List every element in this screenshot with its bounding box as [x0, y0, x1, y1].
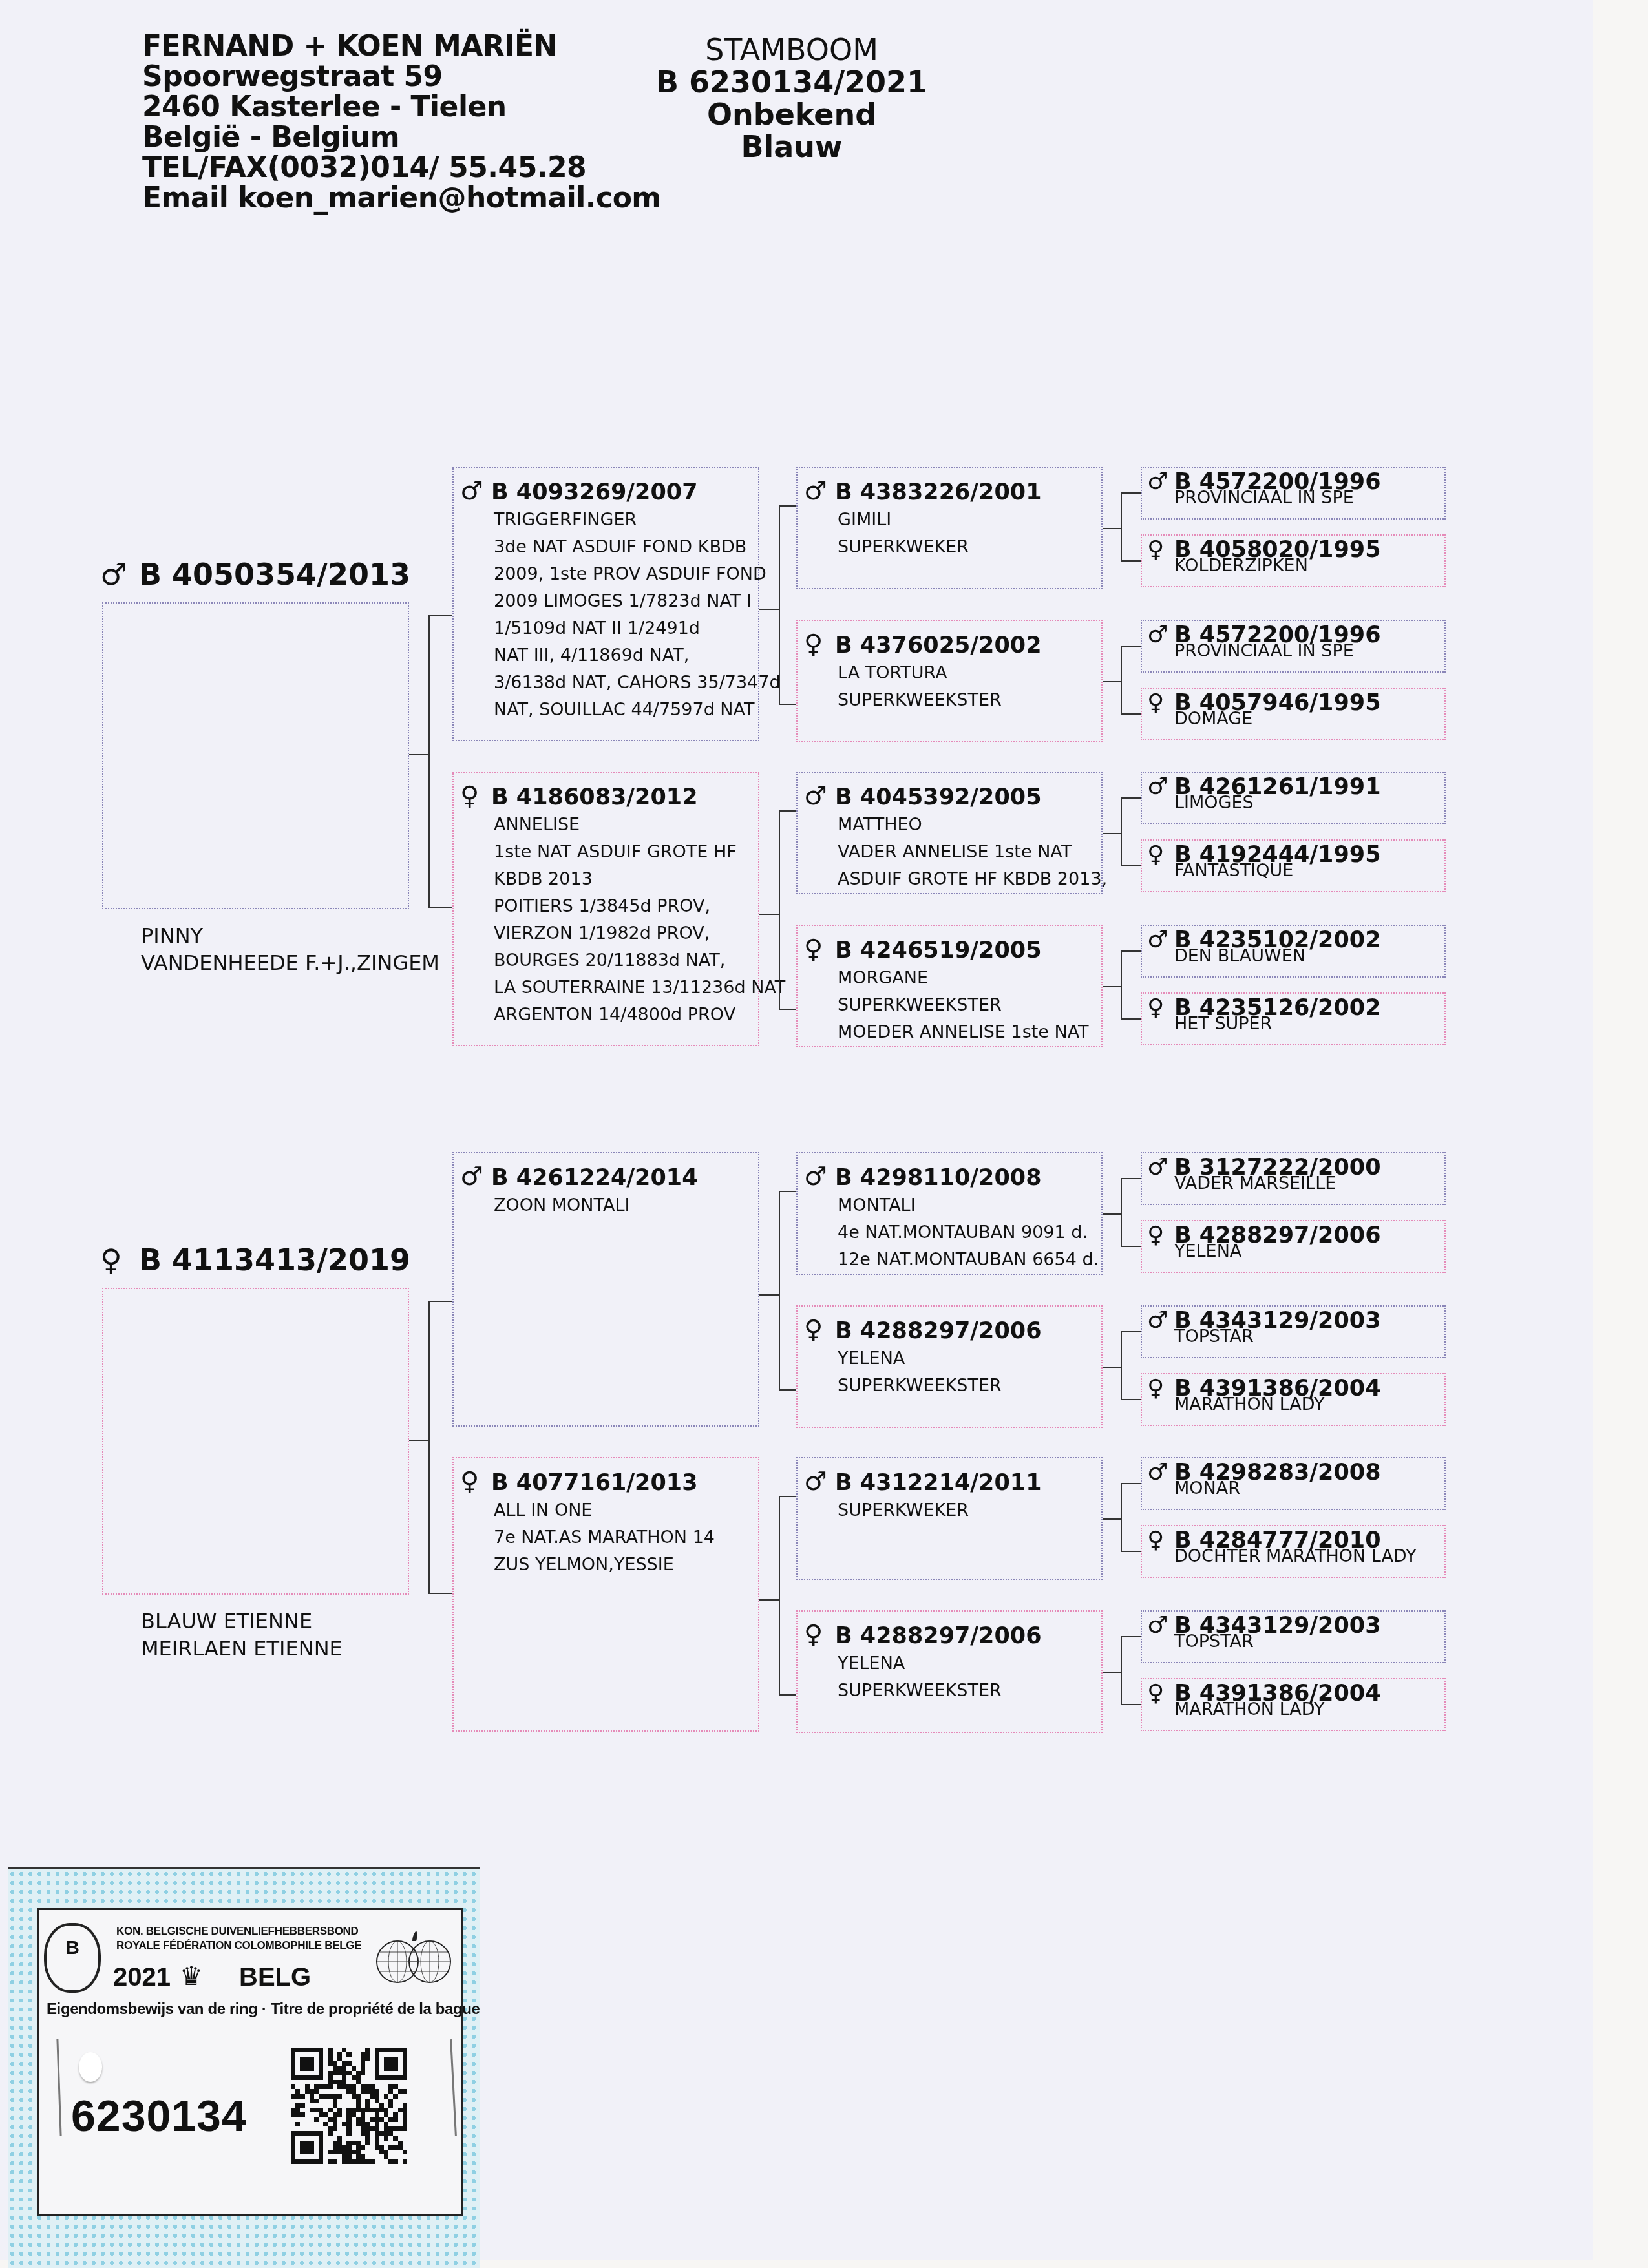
- connector-line: [1121, 1246, 1141, 1247]
- connector-line: [759, 609, 779, 610]
- connector-line: [779, 1191, 780, 1389]
- female-symbol-icon: ♀: [804, 630, 835, 658]
- connector-line: [1121, 646, 1141, 647]
- breeder-note-line: MEIRLAEN ETIENNE: [141, 1635, 343, 1662]
- pigeon-info-line: MORGANE: [804, 965, 1101, 992]
- pedigree-title-block: STAMBOOM B 6230134/2021 Onbekend Blauw: [646, 34, 937, 163]
- ring-text: B 4077161/2013: [491, 1470, 698, 1496]
- pigeon-info-line: DEN BLAUWEN: [1147, 948, 1444, 965]
- federation-name-nl: KON. BELGISCHE DUIVENLIEFHEBBERSBOND: [116, 1924, 361, 1938]
- pigeon-info-line: POITIERS 1/3845d PROV,: [460, 893, 758, 920]
- breeder-notes: PINNYVANDENHEEDE F.+J.,ZINGEM: [141, 922, 439, 976]
- pigeon-card[interactable]: ♀B 4058020/1995KOLDERZIPKEN: [1141, 534, 1446, 587]
- ring-card-panel: B KON. BELGISCHE DUIVENLIEFHEBBERSBOND R…: [37, 1908, 463, 2216]
- female-symbol-icon: ♀: [1147, 537, 1174, 563]
- owner-phone: TEL/FAX(0032)014/ 55.45.28: [142, 152, 661, 183]
- connector-line: [1103, 986, 1121, 987]
- pigeon-info-line: ZUS YELMON,YESSIE: [460, 1551, 758, 1579]
- female-symbol-icon: ♀: [804, 1316, 835, 1344]
- male-symbol-icon: ♂: [1147, 469, 1174, 495]
- connector-line: [1103, 1213, 1121, 1215]
- connector-line: [779, 1191, 796, 1192]
- connector-line: [1103, 681, 1121, 682]
- pigeon-card[interactable]: ♂B 4045392/2005MATTHEOVADER ANNELISE 1st…: [796, 772, 1103, 894]
- ring-number: ♂B 4093269/2007: [460, 477, 758, 507]
- pigeon-info-line: LA TORTURA: [804, 660, 1101, 687]
- pigeon-card[interactable]: ♀B 4391386/2004MARATHON LADY: [1141, 1373, 1446, 1426]
- staple-right: [450, 2039, 457, 2136]
- connector-line: [779, 810, 796, 812]
- ring-text: B 4186083/2012: [491, 784, 698, 810]
- ring-number: ♀B 4186083/2012: [460, 782, 758, 812]
- ring-number: ♀B 4288297/2006: [804, 1621, 1101, 1650]
- pigeon-card[interactable]: ♀B 4288297/2006YELENASUPERKWEEKSTER: [796, 1610, 1103, 1733]
- connector-line: [1121, 797, 1122, 865]
- connector-line: [428, 1301, 452, 1302]
- connector-line: [1103, 1672, 1121, 1673]
- owner-city: 2460 Kasterlee - Tielen: [142, 92, 661, 122]
- connector-line: [1121, 1399, 1141, 1400]
- pigeon-info-line: YELENA: [804, 1650, 1101, 1677]
- connector-line: [759, 914, 779, 915]
- pigeon-photo-placeholder: [102, 602, 409, 909]
- connector-line: [779, 1496, 796, 1497]
- connector-line: [428, 615, 452, 616]
- pigeon-card[interactable]: ♂B 4235102/2002DEN BLAUWEN: [1141, 925, 1446, 978]
- ring-number: ♂B 4383226/2001: [804, 477, 1101, 507]
- connector-line: [1121, 713, 1141, 715]
- connector-line: [409, 754, 428, 755]
- male-symbol-icon: ♂: [1147, 1460, 1174, 1486]
- pigeon-info-line: MARATHON LADY: [1147, 1701, 1444, 1718]
- male-symbol-icon: ♂: [804, 782, 835, 810]
- connector-line: [1121, 1018, 1141, 1020]
- connector-line: [1121, 1636, 1122, 1704]
- ring-text: B 4113413/2019: [139, 1243, 410, 1277]
- pigeon-info-line: 12e NAT.MONTAUBAN 6654 d.: [804, 1246, 1101, 1274]
- pigeon-info-line: ARGENTON 14/4800d PROV: [460, 1002, 758, 1029]
- pigeon-info-line: BOURGES 20/11883d NAT,: [460, 947, 758, 974]
- pigeon-info-line: ASDUIF GROTE HF KBDB 2013,: [804, 866, 1101, 893]
- breeder-note-line: PINNY: [141, 922, 439, 949]
- ring-text: B 4298110/2008: [835, 1165, 1042, 1191]
- ring-text: B 4093269/2007: [491, 479, 698, 505]
- pigeon-info-line: YELENA: [804, 1345, 1101, 1372]
- female-symbol-icon: ♀: [1147, 690, 1174, 716]
- owner-address-block: FERNAND + KOEN MARIËN Spoorwegstraat 59 …: [142, 31, 661, 213]
- pigeon-card[interactable]: ♀B 4057946/1995DOMAGE: [1141, 688, 1446, 740]
- connector-line: [1121, 492, 1122, 560]
- male-symbol-icon: ♂: [1147, 1308, 1174, 1334]
- male-symbol-icon: ♂: [1147, 1613, 1174, 1639]
- pigeon-card[interactable]: ♂B 4261261/1991LIMOGES: [1141, 772, 1446, 824]
- ring-text: B 4045392/2005: [835, 784, 1042, 810]
- pigeon-info-line: SUPERKWEEKSTER: [804, 1372, 1101, 1400]
- pigeon-card[interactable]: ♂B 4343129/2003TOPSTAR: [1141, 1610, 1446, 1663]
- pigeon-info-line: MARATHON LADY: [1147, 1396, 1444, 1413]
- connector-line: [1121, 950, 1122, 1018]
- connector-line: [428, 615, 430, 907]
- parent-ring-number: ♀B 4113413/2019: [100, 1243, 410, 1277]
- qr-code-icon: [291, 2046, 407, 2165]
- connector-line: [779, 1694, 796, 1696]
- subject-color: Blauw: [646, 131, 937, 163]
- ring-number: ♂B 4312214/2011: [804, 1467, 1101, 1497]
- connector-line: [1121, 1704, 1141, 1705]
- connector-line: [428, 907, 452, 908]
- pigeon-card[interactable]: ♀B 4284777/2010DOCHTER MARATHON LADY: [1141, 1525, 1446, 1578]
- owner-country: België - Belgium: [142, 122, 661, 152]
- female-symbol-icon: ♀: [1147, 1223, 1174, 1248]
- ring-text: B 4246519/2005: [835, 938, 1042, 963]
- female-symbol-icon: ♀: [460, 1467, 491, 1496]
- connector-line: [1103, 1518, 1121, 1520]
- connector-line: [779, 1009, 796, 1010]
- female-symbol-icon: ♀: [1147, 1681, 1174, 1706]
- connector-line: [1121, 1331, 1122, 1399]
- connector-line: [1121, 1178, 1141, 1179]
- connector-line: [759, 1294, 779, 1296]
- male-symbol-icon: ♂: [1147, 774, 1174, 800]
- pigeon-card[interactable]: ♂B 4572200/1996PROVINCIAAL IN SPE: [1141, 620, 1446, 673]
- connector-line: [779, 704, 796, 705]
- pigeon-card[interactable]: ♀B 4077161/2013ALL IN ONE7e NAT.AS MARAT…: [452, 1457, 759, 1732]
- connector-line: [1103, 1367, 1121, 1368]
- connector-line: [779, 505, 796, 507]
- connector-line: [1121, 797, 1141, 799]
- pedigree-sheet: FERNAND + KOEN MARIËN Spoorwegstraat 59 …: [0, 0, 1593, 2260]
- breeder-note-line: BLAUW ETIENNE: [141, 1608, 343, 1635]
- breeder-notes: BLAUW ETIENNEMEIRLAEN ETIENNE: [141, 1608, 343, 1662]
- ring-text: B 4050354/2013: [139, 557, 410, 592]
- pigeon-card[interactable]: ♀B 4288297/2006YELENA: [1141, 1220, 1446, 1273]
- male-symbol-icon: ♂: [1147, 1155, 1174, 1181]
- connector-line: [1121, 950, 1141, 952]
- pigeon-card[interactable]: ♂B 4093269/2007TRIGGERFINGER3de NAT ASDU…: [452, 467, 759, 741]
- pigeon-info-line: SUPERKWEEKSTER: [804, 687, 1101, 714]
- connector-line: [1121, 1178, 1122, 1246]
- pigeon-info-line: LA SOUTERRAINE 13/11236d NAT: [460, 974, 758, 1002]
- female-symbol-icon: ♀: [1147, 1528, 1174, 1553]
- pigeon-info-line: DOCHTER MARATHON LADY: [1147, 1548, 1444, 1565]
- connector-line: [1121, 1551, 1141, 1552]
- pigeon-card[interactable]: ♀B 4391386/2004MARATHON LADY: [1141, 1678, 1446, 1731]
- ring-text: B 4312214/2011: [835, 1470, 1042, 1496]
- ring-number: ♂B 4298110/2008: [804, 1162, 1101, 1192]
- federation-name: KON. BELGISCHE DUIVENLIEFHEBBERSBOND ROY…: [116, 1924, 361, 1953]
- connector-line: [1121, 865, 1141, 866]
- pigeon-info-line: SUPERKWEKER: [804, 534, 1101, 561]
- punch-hole: [79, 2052, 102, 2082]
- ownership-caption: Eigendomsbewijs van de ring · Titre de p…: [47, 2000, 480, 2019]
- pigeon-info-line: ANNELISE: [460, 812, 758, 839]
- card-ring-number: 6230134: [71, 2091, 247, 2141]
- pigeon-info-line: NAT, SOUILLAC 44/7597d NAT: [460, 697, 758, 724]
- male-symbol-icon: ♂: [1147, 927, 1174, 953]
- connector-line: [1121, 1483, 1122, 1551]
- ring-text: B 4383226/2001: [835, 479, 1042, 505]
- crown-icon: ♛: [180, 1962, 203, 1991]
- connector-line: [1121, 492, 1141, 494]
- owner-street: Spoorwegstraat 59: [142, 61, 661, 92]
- pigeon-info-line: 4e NAT.MONTAUBAN 9091 d.: [804, 1219, 1101, 1246]
- connector-line: [1121, 1483, 1141, 1484]
- pigeon-card[interactable]: ♂B 4298283/2008MONAR: [1141, 1457, 1446, 1510]
- staple-left: [56, 2039, 61, 2136]
- breeder-note-line: VANDENHEEDE F.+J.,ZINGEM: [141, 949, 439, 976]
- connector-line: [779, 1389, 796, 1391]
- female-symbol-icon: ♀: [100, 1243, 139, 1277]
- female-symbol-icon: ♀: [460, 782, 491, 810]
- pigeon-info-line: 2009 LIMOGES 1/7823d NAT I: [460, 588, 758, 615]
- connector-line: [428, 1301, 430, 1593]
- pigeon-card[interactable]: ♀B 4376025/2002LA TORTURASUPERKWEEKSTER: [796, 620, 1103, 742]
- pigeon-info-line: SUPERKWEEKSTER: [804, 992, 1101, 1019]
- subject-ring-number: B 6230134/2021: [646, 66, 937, 98]
- pigeon-info-line: SUPERKWEKER: [804, 1497, 1101, 1524]
- pigeon-info-line: PROVINCIAAL IN SPE: [1147, 490, 1444, 507]
- pigeon-info-line: 1/5109d NAT II 1/2491d: [460, 615, 758, 642]
- ring-ownership-card: B KON. BELGISCHE DUIVENLIEFHEBBERSBOND R…: [8, 1867, 480, 2268]
- pigeon-card[interactable]: ♀B 4235126/2002HET SUPER: [1141, 992, 1446, 1045]
- female-symbol-icon: ♀: [804, 1621, 835, 1649]
- ring-number: ♂B 4261224/2014: [460, 1162, 758, 1192]
- connector-line: [1103, 833, 1121, 834]
- male-symbol-icon: ♂: [1147, 622, 1174, 648]
- pigeon-info-line: MOEDER ANNELISE 1ste NAT: [804, 1019, 1101, 1046]
- pigeon-info-line: MATTHEO: [804, 812, 1101, 839]
- male-symbol-icon: ♂: [804, 477, 835, 505]
- connector-line: [1121, 1636, 1141, 1637]
- pigeon-card[interactable]: ♂B 4312214/2011SUPERKWEKER: [796, 1457, 1103, 1580]
- male-symbol-icon: ♂: [804, 1162, 835, 1191]
- connector-line: [1121, 1331, 1141, 1332]
- doc-title: STAMBOOM: [646, 34, 937, 66]
- pigeon-info-line: KOLDERZIPKEN: [1147, 558, 1444, 574]
- pigeon-photo-placeholder: [102, 1288, 409, 1595]
- ring-number: ♀B 4077161/2013: [460, 1467, 758, 1497]
- fci-globe-logo-icon: [375, 1929, 452, 1988]
- ring-text: B 4288297/2006: [835, 1318, 1042, 1344]
- ring-year: 2021: [113, 1963, 171, 1992]
- female-symbol-icon: ♀: [1147, 842, 1174, 868]
- pigeon-card[interactable]: ♂B 4572200/1996PROVINCIAAL IN SPE: [1141, 467, 1446, 520]
- pigeon-info-line: 7e NAT.AS MARATHON 14: [460, 1524, 758, 1551]
- connector-line: [759, 1599, 779, 1601]
- ring-number: ♀B 4376025/2002: [804, 630, 1101, 660]
- owner-name: FERNAND + KOEN MARIËN: [142, 31, 661, 61]
- pigeon-card[interactable]: ♀B 4246519/2005MORGANESUPERKWEEKSTERMOED…: [796, 925, 1103, 1047]
- pigeon-info-line: NAT III, 4/11869d NAT,: [460, 642, 758, 669]
- ring-number: ♀B 4288297/2006: [804, 1316, 1101, 1345]
- pigeon-info-line: MONTALI: [804, 1192, 1101, 1219]
- pigeon-info-line: 2009, 1ste PROV ASDUIF FOND: [460, 561, 758, 588]
- pigeon-info-line: VADER MARSEILLE: [1147, 1175, 1444, 1192]
- pigeon-info-line: VIERZON 1/1982d PROV,: [460, 920, 758, 947]
- kbdb-logo-icon: B: [44, 1923, 101, 1993]
- pigeon-info-line: 1ste NAT ASDUIF GROTE HF: [460, 839, 758, 866]
- connector-line: [428, 1593, 452, 1594]
- federation-name-fr: ROYALE FÉDÉRATION COLOMBOPHILE BELGE: [116, 1938, 361, 1953]
- pigeon-card[interactable]: ♂B 4261224/2014ZOON MONTALI: [452, 1152, 759, 1427]
- pigeon-info-line: SUPERKWEEKSTER: [804, 1677, 1101, 1705]
- connector-line: [779, 1496, 780, 1694]
- pigeon-info-line: GIMILI: [804, 507, 1101, 534]
- pigeon-info-line: ALL IN ONE: [460, 1497, 758, 1524]
- pigeon-info-line: TRIGGERFINGER: [460, 507, 758, 534]
- connector-line: [1103, 528, 1121, 529]
- pigeon-info-line: 3/6138d NAT, CAHORS 35/7347d: [460, 669, 758, 697]
- ring-number: ♀B 4246519/2005: [804, 935, 1101, 965]
- female-symbol-icon: ♀: [1147, 995, 1174, 1021]
- female-symbol-icon: ♀: [1147, 1376, 1174, 1402]
- ring-number: ♂B 4045392/2005: [804, 782, 1101, 812]
- pigeon-card[interactable]: ♂B 4383226/2001GIMILISUPERKWEKER: [796, 467, 1103, 589]
- male-symbol-icon: ♂: [100, 557, 139, 592]
- male-symbol-icon: ♂: [460, 477, 491, 505]
- ring-country: BELG: [239, 1963, 311, 1992]
- connector-line: [409, 1440, 428, 1441]
- male-symbol-icon: ♂: [804, 1467, 835, 1496]
- pigeon-info-line: KBDB 2013: [460, 866, 758, 893]
- subject-sex: Onbekend: [646, 98, 937, 131]
- owner-email: Email koen_marien@hotmail.com: [142, 183, 661, 213]
- male-symbol-icon: ♂: [460, 1162, 491, 1191]
- pigeon-info-line: ZOON MONTALI: [460, 1192, 758, 1219]
- ring-text: B 4261224/2014: [491, 1165, 698, 1191]
- pigeon-card[interactable]: ♀B 4288297/2006YELENASUPERKWEEKSTER: [796, 1305, 1103, 1428]
- connector-line: [779, 505, 780, 704]
- pigeon-card[interactable]: ♀B 4186083/2012ANNELISE1ste NAT ASDUIF G…: [452, 772, 759, 1046]
- pigeon-card[interactable]: ♀B 4192444/1995FANTASTIQUE: [1141, 839, 1446, 892]
- connector-line: [1121, 560, 1141, 562]
- female-symbol-icon: ♀: [804, 935, 835, 963]
- pigeon-card[interactable]: ♂B 4343129/2003TOPSTAR: [1141, 1305, 1446, 1358]
- pigeon-info-line: VADER ANNELISE 1ste NAT: [804, 839, 1101, 866]
- connector-line: [779, 810, 780, 1009]
- pigeon-card[interactable]: ♂B 3127222/2000VADER MARSEILLE: [1141, 1152, 1446, 1205]
- pigeon-card[interactable]: ♂B 4298110/2008MONTALI4e NAT.MONTAUBAN 9…: [796, 1152, 1103, 1275]
- connector-line: [1121, 646, 1122, 713]
- pigeon-info-line: PROVINCIAAL IN SPE: [1147, 643, 1444, 660]
- ring-text: B 4288297/2006: [835, 1623, 1042, 1649]
- ring-text: B 4376025/2002: [835, 633, 1042, 658]
- parent-ring-number: ♂B 4050354/2013: [100, 557, 410, 592]
- pigeon-info-line: 3de NAT ASDUIF FOND KBDB: [460, 534, 758, 561]
